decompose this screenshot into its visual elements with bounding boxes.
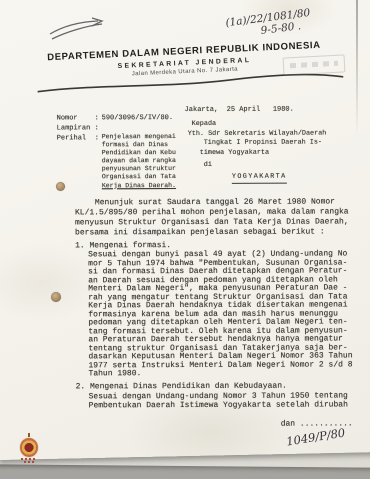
emblem-disc: [20, 438, 38, 457]
recipient-di: di: [204, 161, 327, 171]
item1-paragraph: Sesuai dengan bunyi pasal 49 ayat (2) Un…: [88, 250, 367, 378]
item2-paragraph: Sesuai dengan Undang-undang Nomor 3 Tahu…: [89, 391, 368, 411]
stamp-smudge: [290, 61, 338, 69]
punch-hole-icon: [56, 182, 65, 191]
intro-paragraph: Menunjuk surat Saudara tanggal 26 Maret …: [75, 197, 367, 238]
nomor-label: Nomor: [57, 113, 95, 123]
lampiran-colon: :: [95, 123, 102, 133]
nomor-value: 590/3096/S/IV/80.: [102, 113, 173, 123]
letter-body: Menunjuk surat Saudara tanggal 26 Maret …: [75, 197, 368, 429]
date-line: Jakarta, 25 April 1980.: [185, 106, 294, 114]
faint-received-stamp: [283, 54, 346, 75]
perihal-row: Perihal : Penjelasan mengenaiformasi dan…: [57, 133, 194, 190]
archive-stamp-icon: [14, 434, 44, 463]
meta-block: Nomor : 590/3096/S/IV/80. Lampiran : Per…: [57, 113, 194, 190]
nomor-colon: :: [95, 113, 102, 123]
text-line: bersama ini disampaikan penjelasan sebag…: [75, 227, 367, 238]
perihal-label: Perihal: [57, 133, 95, 143]
continuation-mark: dan ...........: [281, 419, 368, 428]
perihal-subject: Penjelasan mengenaiformasi dan DinasPend…: [102, 133, 194, 190]
emblem-caption-line: [24, 461, 34, 463]
recipient-kepada: Kepada: [192, 120, 327, 130]
recipient-block: Kepada Yth. Sdr Sekretaris Wilayah/Daera…: [188, 120, 327, 184]
scanned-letter-page: DEPARTEMEN DALAM NEGERI REPUBLIK INDONES…: [0, 0, 370, 479]
paper-fold-edge: [356, 0, 358, 138]
pen-scribble-icon: [46, 12, 112, 46]
punch-hole-icon: [51, 292, 61, 302]
nomor-row: Nomor : 590/3096/S/IV/80.: [57, 113, 194, 123]
text-line: Tahun 1980.: [89, 369, 368, 378]
lampiran-row: Lampiran :: [57, 123, 194, 133]
text-line: Kerja Dinas Daerah.: [102, 182, 194, 190]
recipient-line: timewa Yogyakarta: [200, 148, 327, 158]
emblem-caption-line: [21, 458, 37, 460]
text-line: Pembentukan Daerah Istimewa Yogyakarta s…: [89, 400, 368, 410]
emblem-stem: [28, 433, 30, 437]
recipient-line: Tingkat I Propinsi Daerah Is-: [204, 139, 327, 149]
lampiran-label: Lampiran: [57, 123, 95, 133]
recipient-city: YOGYAKARTA: [232, 173, 287, 184]
perihal-colon: :: [95, 133, 102, 143]
